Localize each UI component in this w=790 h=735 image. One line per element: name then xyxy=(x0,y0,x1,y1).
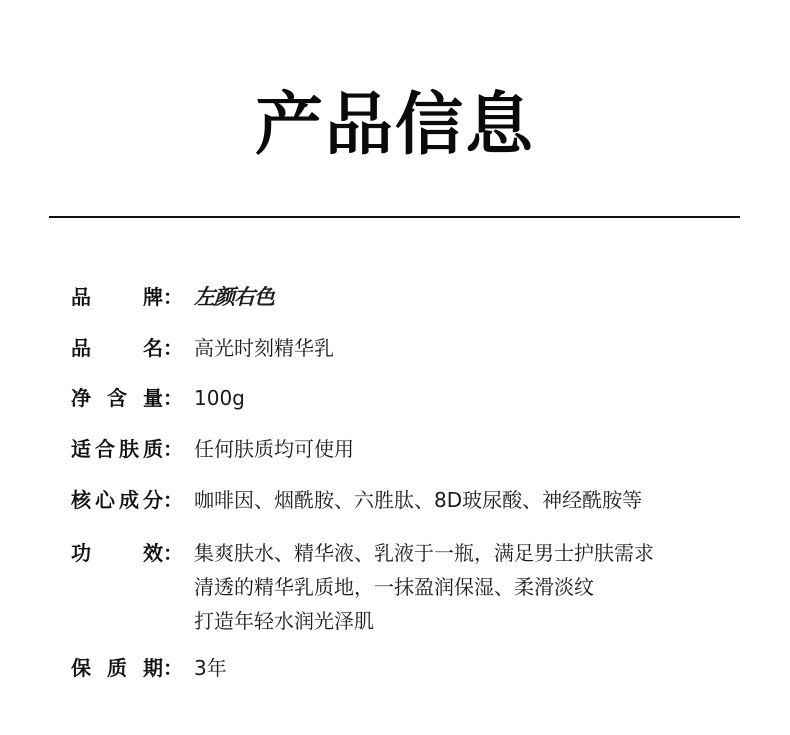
row-label: 品名 ： xyxy=(71,331,194,365)
divider xyxy=(49,216,740,218)
row-value: 3年 xyxy=(194,651,227,685)
efficacy-line: 清透的精华乳质地，一抹盈润保湿、柔滑淡纹 xyxy=(194,570,654,604)
row-label: 品牌 ： xyxy=(71,280,194,314)
info-row-skin-type: 适合肤质 ： 任何肤质均可使用 xyxy=(71,432,354,466)
row-value: 咖啡因、烟酰胺、六胜肽、8D玻尿酸、神经酰胺等 xyxy=(194,483,642,517)
label-text: 核心成分 xyxy=(71,483,163,517)
info-row-efficacy: 功效 ： 集爽肤水、精华液、乳液于一瓶，满足男士护肤需求 清透的精华乳质地，一抹… xyxy=(71,536,654,638)
label-colon: ： xyxy=(163,331,187,365)
label-colon: ： xyxy=(163,280,187,314)
label-colon: ： xyxy=(163,381,187,415)
info-row-net-weight: 净含量 ： 100g xyxy=(71,381,245,415)
label-colon: ： xyxy=(163,483,187,517)
label-text: 适合肤质 xyxy=(71,432,163,466)
row-value: 集爽肤水、精华液、乳液于一瓶，满足男士护肤需求 清透的精华乳质地，一抹盈润保湿、… xyxy=(194,536,654,638)
row-label: 净含量 ： xyxy=(71,381,194,415)
efficacy-line: 集爽肤水、精华液、乳液于一瓶，满足男士护肤需求 xyxy=(194,536,654,570)
page-title: 产品信息 xyxy=(0,86,790,166)
label-text: 品名 xyxy=(71,331,163,365)
row-value: 任何肤质均可使用 xyxy=(194,432,354,466)
brand-logo-text: 左颜右色 xyxy=(194,280,274,314)
row-value: 高光时刻精华乳 xyxy=(194,331,334,365)
row-label: 保质期 ： xyxy=(71,651,194,685)
label-text: 功效 xyxy=(71,536,163,570)
label-text: 净含量 xyxy=(71,381,163,415)
info-row-ingredients: 核心成分 ： 咖啡因、烟酰胺、六胜肽、8D玻尿酸、神经酰胺等 xyxy=(71,483,642,517)
row-label: 功效 ： xyxy=(71,536,194,570)
label-text: 品牌 xyxy=(71,280,163,314)
label-text: 保质期 xyxy=(71,651,163,685)
label-colon: ： xyxy=(163,536,187,570)
row-label: 适合肤质 ： xyxy=(71,432,194,466)
row-label: 核心成分 ： xyxy=(71,483,194,517)
info-row-brand: 品牌 ： 左颜右色 xyxy=(71,280,274,314)
info-row-shelf-life: 保质期 ： 3年 xyxy=(71,651,227,685)
label-colon: ： xyxy=(163,432,187,466)
efficacy-line: 打造年轻水润光泽肌 xyxy=(194,604,654,638)
row-value: 100g xyxy=(194,381,245,415)
info-row-product-name: 品名 ： 高光时刻精华乳 xyxy=(71,331,334,365)
label-colon: ： xyxy=(163,651,187,685)
